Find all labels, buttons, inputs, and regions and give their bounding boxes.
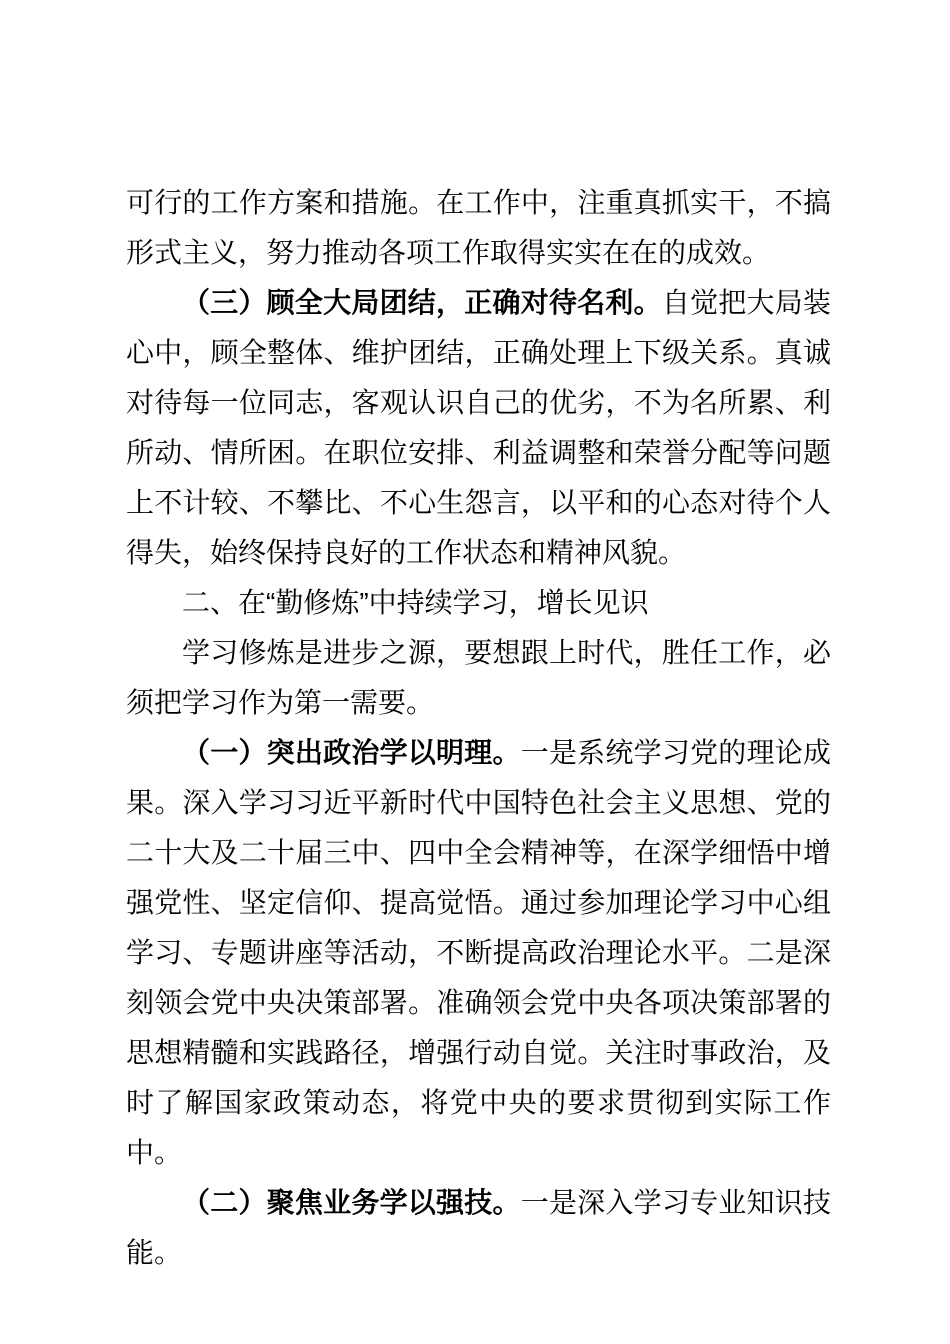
text-run: 学习修炼是进步之源，要想跟上时代，胜任工作，必须把学习作为第一需要。 (126, 637, 831, 718)
paragraph: （一）突出政治学以明理。一是系统学习党的理论成果。深入学习习近平新时代中国特色社… (126, 728, 831, 1178)
text-run: 自觉把大局装心中，顾全整体、维护团结，正确处理上下级关系。真诚对待每一位同志，客… (126, 287, 831, 568)
paragraph: （二）聚焦业务学以强技。一是深入学习专业知识技能。 (126, 1178, 831, 1278)
document-page: 可行的工作方案和措施。在工作中，注重真抓实干，不搞形式主义，努力推动各项工作取得… (0, 0, 950, 1344)
text-run: 一是系统学习党的理论成果。深入学习习近平新时代中国特色社会主义思想、党的二十大及… (126, 737, 831, 1168)
paragraph: 可行的工作方案和措施。在工作中，注重真抓实干，不搞形式主义，努力推动各项工作取得… (126, 178, 831, 278)
text-run: 二、在“勤修炼”中持续学习，增长见识 (182, 587, 649, 618)
bold-text-run: （三）顾全大局团结，正确对待名利。 (182, 287, 662, 318)
text-run: 可行的工作方案和措施。在工作中，注重真抓实干，不搞形式主义，努力推动各项工作取得… (126, 187, 831, 268)
document-body: 可行的工作方案和措施。在工作中，注重真抓实干，不搞形式主义，努力推动各项工作取得… (126, 178, 831, 1278)
bold-text-run: （二）聚焦业务学以强技。 (182, 1187, 521, 1218)
section-heading: 二、在“勤修炼”中持续学习，增长见识 (126, 578, 831, 628)
paragraph: （三）顾全大局团结，正确对待名利。自觉把大局装心中，顾全整体、维护团结，正确处理… (126, 278, 831, 578)
bold-text-run: （一）突出政治学以明理。 (182, 737, 521, 768)
paragraph: 学习修炼是进步之源，要想跟上时代，胜任工作，必须把学习作为第一需要。 (126, 628, 831, 728)
